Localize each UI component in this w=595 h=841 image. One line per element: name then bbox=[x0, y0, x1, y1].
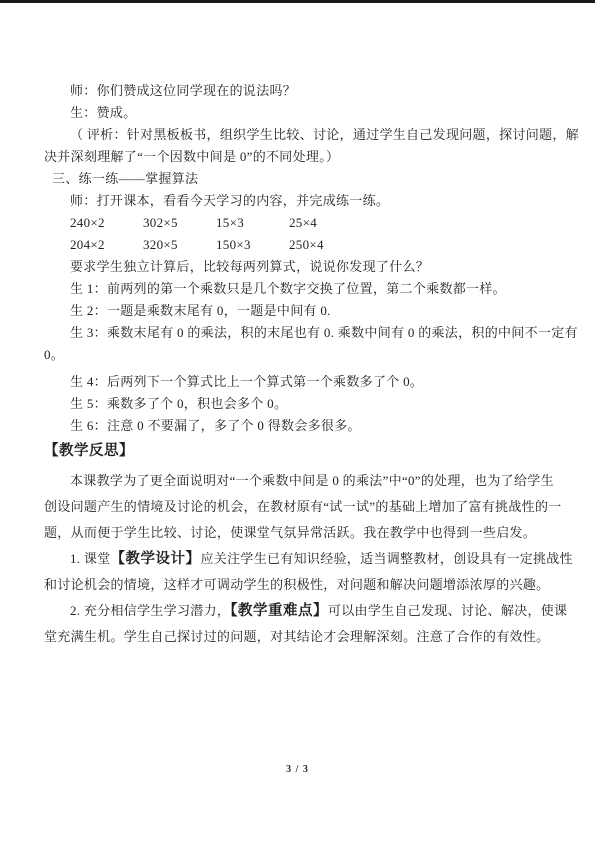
exercise-row-2: 204×2320×5150×3250×4 bbox=[44, 234, 552, 256]
exercise-expression: 150×3 bbox=[216, 234, 289, 256]
student-answer-4: 生 4：后两列下一个算式比上一个算式第一个乘数多了个 0。 bbox=[44, 371, 552, 393]
student-answer-1: 生 1：前两列的第一个乘数只是几个数字交换了位置，第二个乘数都一样。 bbox=[44, 278, 552, 300]
dialogue-line-teacher: 师：你们赞成这位同学现在的说法吗？ bbox=[44, 80, 552, 102]
reflection-p3-post: 可以由学生自己发现、讨论、解决，使课 bbox=[328, 603, 567, 618]
dialogue-line-student: 生：赞成。 bbox=[44, 102, 552, 124]
key-difficulty-label: 【教学重难点】 bbox=[230, 603, 328, 619]
reflection-p2-line-1: 1. 课堂【教学设计】应关注学生已有知识经验，适当调整教材，创设具有一定挑战性 bbox=[44, 546, 552, 572]
top-border bbox=[0, 0, 595, 3]
commentary-line-2: 决并深刻理解了“一个因数中间是 0”的不同处理。） bbox=[44, 146, 552, 168]
document-page: { "page": { "number_label": "3 / 3" }, "… bbox=[0, 0, 595, 841]
exercise-expression: 15×3 bbox=[216, 212, 289, 234]
student-answer-3-line-1: 生 3：乘数末尾有 0 的乘法，积的末尾也有 0. 乘数中间有 0 的乘法，积的… bbox=[44, 322, 552, 344]
reflection-section: 本课教学为了更全面说明对“一个乘数中间是 0 的乘法”中“0”的处理，也为了给学… bbox=[44, 468, 552, 650]
exercise-expression: 250×4 bbox=[289, 234, 362, 256]
reflection-heading: 【教学反思】 bbox=[44, 439, 552, 463]
reflection-p3-line-1: 2. 充分相信学生学习潜力，【教学重难点】可以由学生自己发现、讨论、解决，使课 bbox=[44, 598, 552, 624]
exercise-expression: 302×5 bbox=[143, 212, 216, 234]
reflection-p2-line-2: 和讨论机会的情境，这样才可调动学生的积极性，对问题和解决问题增添浓厚的兴趣。 bbox=[44, 572, 552, 598]
exercise-expression: 240×2 bbox=[70, 212, 143, 234]
exercise-row-1: 240×2302×515×325×4 bbox=[44, 212, 552, 234]
reflection-p2-post: 应关注学生已有知识经验，适当调整教材，创设具有一定挑战性 bbox=[201, 551, 573, 566]
teaching-design-label: 【教学设计】 bbox=[111, 551, 201, 567]
page-number: 3 / 3 bbox=[0, 764, 595, 775]
reflection-p2-pre: 1. 课堂 bbox=[70, 551, 111, 566]
instruction-line: 要求学生独立计算后，比较每两列算式，说说你发现了什么？ bbox=[44, 256, 552, 278]
reflection-p3-line-2: 堂充满生机。学生自己探讨过的问题，对其结论才会理解深刻。注意了合作的有效性。 bbox=[44, 624, 552, 650]
exercise-expression: 320×5 bbox=[143, 234, 216, 256]
dialogue-line-teacher-2: 师：打开课本，看看今天学习的内容，并完成练一练。 bbox=[44, 190, 552, 212]
reflection-p1-line-1: 本课教学为了更全面说明对“一个乘数中间是 0 的乘法”中“0”的处理，也为了给学… bbox=[44, 468, 552, 494]
section-heading-practice: 三、练一练——掌握算法 bbox=[44, 168, 552, 190]
exercise-expression: 25×4 bbox=[289, 212, 362, 234]
page-body: 师：你们赞成这位同学现在的说法吗？ 生：赞成。 （ 评析：针对黑板板书，组织学生… bbox=[44, 80, 552, 650]
reflection-p3-pre: 2. 充分相信学生学习潜力， bbox=[70, 603, 230, 618]
student-answer-2: 生 2：一题是乘数末尾有 0，一题是中间有 0. bbox=[44, 300, 552, 322]
reflection-p1-line-2: 创设问题产生的情境及讨论的机会，在教材原有“试一试”的基础上增加了富有挑战性的一 bbox=[44, 494, 552, 520]
reflection-p1-line-3: 题，从而便于学生比较、讨论，使课堂气氛异常活跃。我在教学中也得到一些启发。 bbox=[44, 520, 552, 546]
student-answer-5: 生 5：乘数多了个 0，积也会多个 0。 bbox=[44, 393, 552, 415]
commentary-line-1: （ 评析：针对黑板板书，组织学生比较、讨论，通过学生自己发现问题，探讨问题，解 bbox=[44, 124, 552, 146]
exercise-expression: 204×2 bbox=[70, 234, 143, 256]
student-answer-6: 生 6：注意 0 不要漏了，多了个 0 得数会多很多。 bbox=[44, 415, 552, 437]
student-answer-3-line-2: 0。 bbox=[44, 344, 552, 366]
